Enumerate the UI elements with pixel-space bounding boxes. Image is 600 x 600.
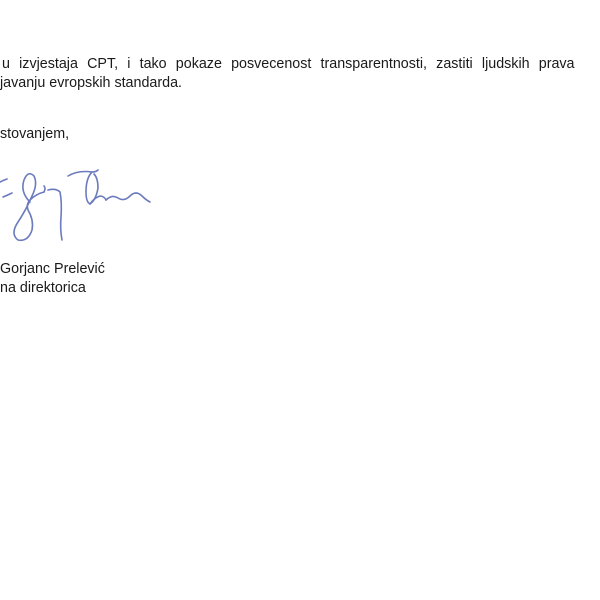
signer-title: na direktorica bbox=[0, 279, 86, 297]
signer-name: Gorjanc Prelević bbox=[0, 260, 105, 278]
letter-closing: stovanjem, bbox=[0, 125, 69, 143]
body-paragraph-line-1: u izvjestaja CPT, i tako pokaze posvecen… bbox=[2, 55, 575, 73]
handwritten-signature-icon bbox=[0, 162, 170, 247]
document-page: u izvjestaja CPT, i tako pokaze posvecen… bbox=[0, 0, 600, 600]
body-paragraph-line-2: javanju evropskih standarda. bbox=[0, 74, 182, 92]
